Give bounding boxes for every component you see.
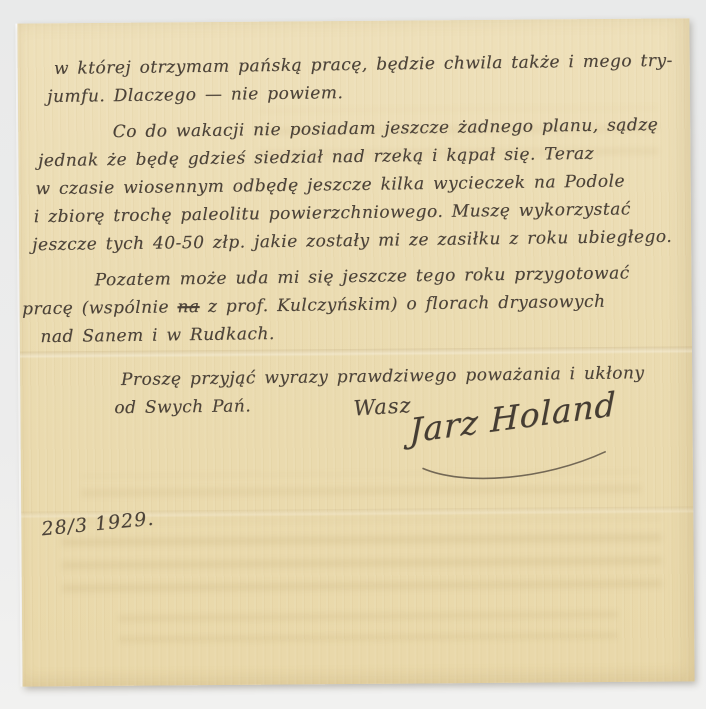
crossed-out-word: na — [177, 297, 199, 317]
handwritten-text: w której otrzymam pańską pracę, będzie c… — [54, 51, 673, 79]
closing-valediction: Wasz — [353, 393, 412, 420]
signature-flourish-icon — [420, 439, 613, 494]
handwritten-text: i zbiorę trochę paleolitu powierzchniowe… — [34, 199, 631, 227]
ink-bleedthrough — [81, 471, 641, 509]
ink-bleedthrough — [118, 611, 618, 657]
handwritten-text: pracę (wspólnie — [22, 297, 178, 319]
handwritten-text: jednak że będę gdzieś siedział nad rzeką… — [38, 144, 594, 171]
handwritten-text: Pozatem może uda mi się jeszcze tego rok… — [95, 263, 630, 290]
handwritten-text: jeszcze tych 40-50 złp. jakie zostały mi… — [32, 227, 672, 255]
handwritten-text: nad Sanem i w Rudkach. — [40, 324, 275, 347]
letter-date: 28/3 1929. — [41, 508, 156, 541]
handwritten-text: w czasie wiosennym odbędę jeszcze kilka … — [35, 171, 625, 199]
handwritten-text: Proszę przyjąć wyrazy prawdziwego poważa… — [121, 363, 645, 390]
letter-body: w której otrzymam pańską pracę, będzie c… — [19, 47, 680, 424]
letter-paper: w której otrzymam pańską pracę, będzie c… — [17, 18, 694, 686]
ink-bleedthrough — [61, 517, 662, 608]
handwritten-text: Co do wakacji nie posiadam jeszcze żadne… — [113, 115, 659, 142]
handwritten-text: od Swych Pań. — [114, 396, 251, 418]
handwritten-text: z prof. Kulczyńskim) o florach dryasowyc… — [199, 292, 605, 317]
handwritten-text: jumfu. Dlaczego — nie powiem. — [47, 83, 343, 107]
